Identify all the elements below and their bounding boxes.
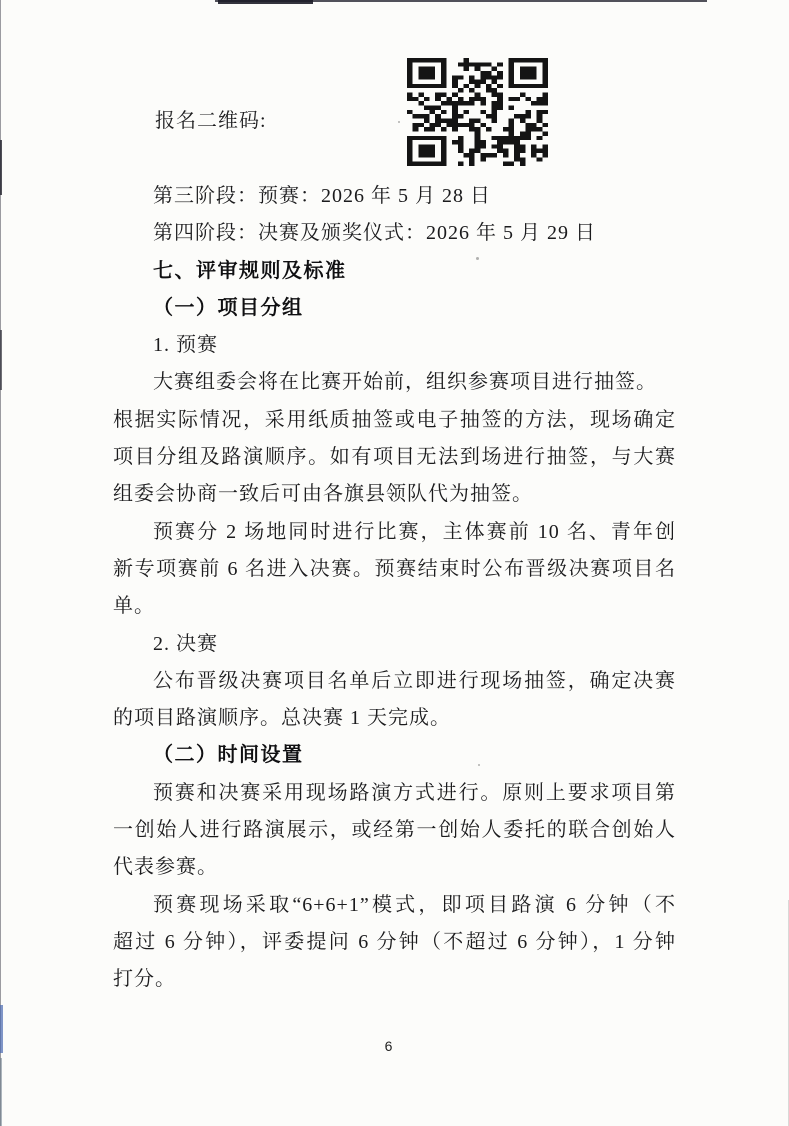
text-line: 第四阶段：决赛及颁奖仪式：2026 年 5 月 29 日 — [113, 215, 676, 252]
text-line: 单。 — [113, 588, 676, 625]
text-line: 代表参赛。 — [113, 849, 676, 886]
text-line: 超过 6 分钟），评委提问 6 分钟（不超过 6 分钟），1 分钟 — [113, 924, 676, 961]
heading-line: 七、评审规则及标准 — [113, 253, 676, 290]
qr-code-image — [407, 58, 548, 166]
text-line: 打分。 — [113, 961, 676, 998]
text-line: 大赛组委会将在比赛开始前，组织参赛项目进行抽签。 — [113, 364, 676, 401]
text-line: 项目分组及路演顺序。如有项目无法到场进行抽签，与大赛 — [113, 439, 676, 476]
scan-artifact-left-mark — [0, 330, 2, 390]
document-body: 第三阶段：预赛：2026 年 5 月 28 日第四阶段：决赛及颁奖仪式：2026… — [113, 178, 676, 999]
text-line: 新专项赛前 6 名进入决赛。预赛结束时公布晋级决赛项目名 — [113, 551, 676, 588]
text-line: 一创始人进行路演展示，或经第一创始人委托的联合创始人 — [113, 812, 676, 849]
text-line: 预赛分 2 场地同时进行比赛，主体赛前 10 名、青年创 — [113, 514, 676, 551]
text-line: 2. 决赛 — [113, 626, 676, 663]
text-line: 第三阶段：预赛：2026 年 5 月 28 日 — [113, 178, 676, 215]
document-page: 报名二维码: 第三阶段：预赛：2026 年 5 月 28 日第四阶段：决赛及颁奖… — [0, 0, 789, 1126]
page-number: 6 — [0, 1038, 777, 1054]
scan-artifact-top-blob — [218, 0, 313, 4]
scan-artifact-left-mark — [0, 140, 2, 195]
text-line: 预赛和决赛采用现场路演方式进行。原则上要求项目第 — [113, 775, 676, 812]
heading-line: （二）时间设置 — [113, 737, 676, 774]
text-line: 公布晋级决赛项目名单后立即进行现场抽签，确定决赛 — [113, 663, 676, 700]
scan-artifact-left-smudge — [0, 1058, 2, 1126]
scan-speck — [398, 121, 400, 123]
scan-artifact-left-edge — [0, 0, 1, 1126]
text-line: 组委会协商一致后可由各旗县领队代为抽签。 — [113, 476, 676, 513]
text-line: 的项目路演顺序。总决赛 1 天完成。 — [113, 700, 676, 737]
qr-label: 报名二维码: — [155, 104, 267, 133]
text-line: 1. 预赛 — [113, 327, 676, 364]
text-line: 根据实际情况，采用纸质抽签或电子抽签的方法，现场确定 — [113, 402, 676, 439]
text-line: 预赛现场采取“6+6+1”模式，即项目路演 6 分钟（不 — [113, 887, 676, 924]
heading-line: （一）项目分组 — [113, 290, 676, 327]
scan-artifact-top-edge — [215, 0, 707, 2]
